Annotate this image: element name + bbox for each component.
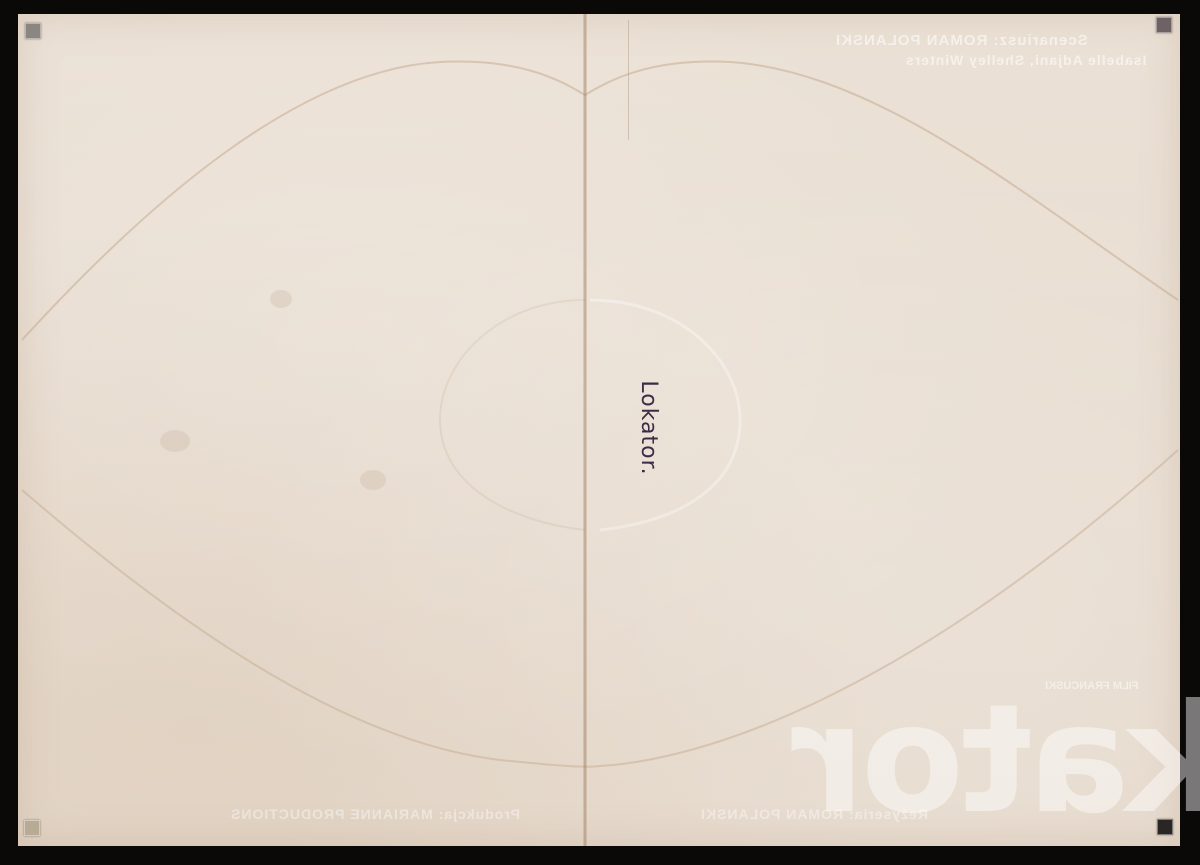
pin-top-right-icon [1156,17,1172,33]
bleed-credits-line-2: Isabelle Adjani, Shelley Winters [905,52,1146,68]
stain [360,470,386,490]
stain [270,290,292,308]
pin-bottom-right-icon [1157,819,1173,835]
pin-bottom-left-icon [24,820,40,836]
bleed-bottom-right: Reżyseria: ROMAN POLANSKI [700,806,928,822]
handwritten-note: Lokator. [633,368,663,488]
center-fold-line [583,14,587,846]
bleed-credits-line-1: Scenariusz: ROMAN POLANSKI [835,32,1088,49]
stain [160,430,190,452]
paper-crease [628,20,629,140]
pin-top-left-icon [25,23,41,39]
bleed-bottom-left: Produkcja: MARIANNE PRODUCTIONS [230,806,520,822]
